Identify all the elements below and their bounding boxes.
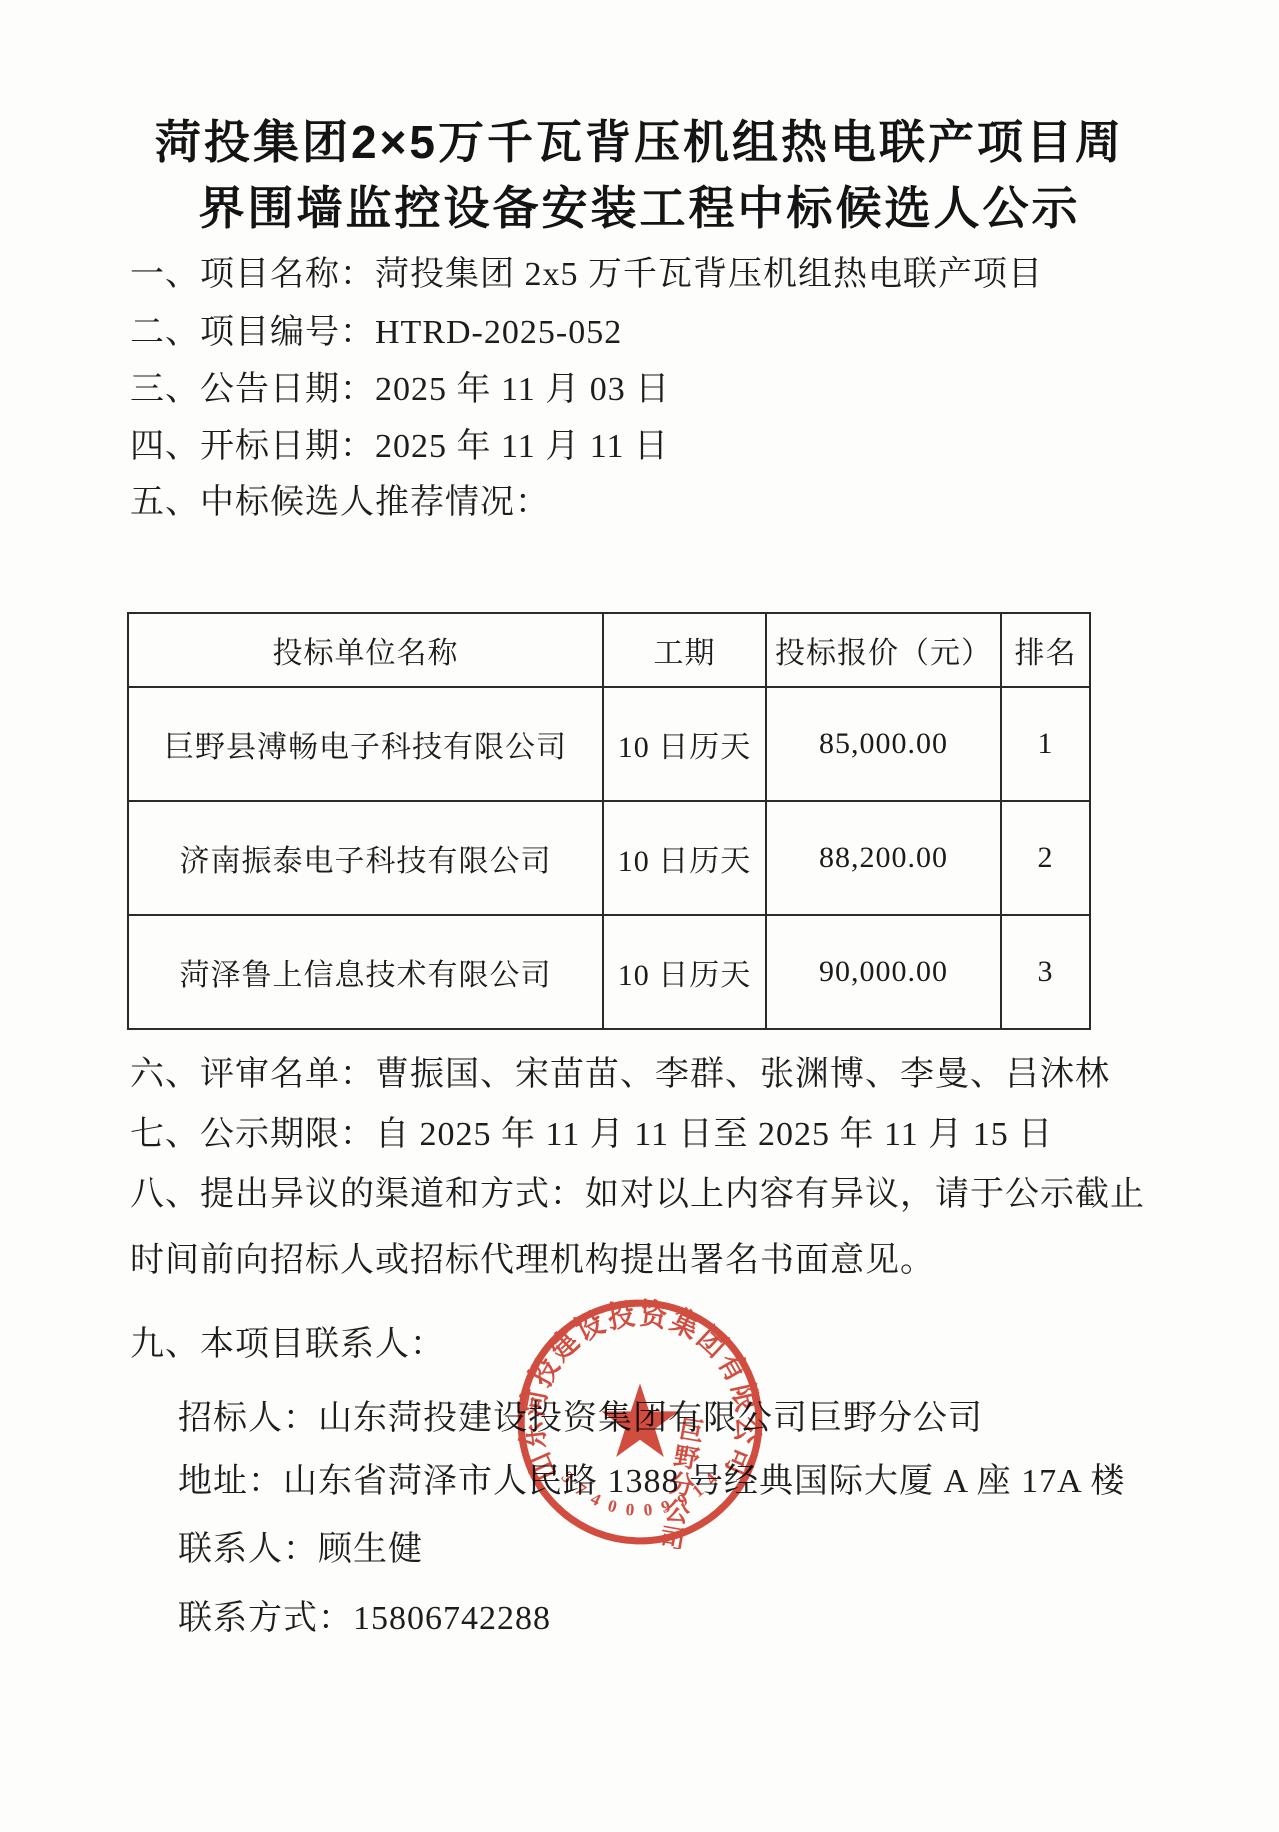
- header-company: 投标单位名称: [128, 613, 603, 687]
- cell-company: 菏泽鲁上信息技术有限公司: [128, 915, 603, 1029]
- page-title-line-2: 界围墙监控设备安装工程中标候选人公示: [0, 172, 1279, 238]
- header-price: 投标报价（元）: [766, 613, 1001, 687]
- contact-person: 联系人：顾生健: [178, 1521, 423, 1570]
- table-row: 济南振泰电子科技有限公司 10 日历天 88,200.00 2: [128, 801, 1090, 915]
- cell-company: 巨野县溥畅电子科技有限公司: [128, 687, 603, 801]
- header-rank: 排名: [1001, 613, 1090, 687]
- cell-price: 85,000.00: [766, 687, 1001, 801]
- item-review-panel: 六、评审名单：曹振国、宋苗苗、李群、张渊博、李曼、吕沐林: [130, 1046, 1110, 1095]
- item-project-name: 一、项目名称：菏投集团 2x5 万千瓦背压机组热电联产项目: [130, 246, 1043, 295]
- header-duration: 工期: [603, 613, 766, 687]
- cell-rank: 1: [1001, 687, 1090, 801]
- item-project-number: 二、项目编号：HTRD-2025-052: [130, 304, 622, 353]
- item-objection-line-2: 时间前向招标人或招标代理机构提出署名书面意见。: [130, 1232, 935, 1281]
- item-bid-open-date: 四、开标日期：2025 年 11 月 11 日: [130, 418, 669, 467]
- cell-rank: 3: [1001, 915, 1090, 1029]
- contact-phone: 联系方式：15806742288: [178, 1590, 551, 1639]
- table-row: 巨野县溥畅电子科技有限公司 10 日历天 85,000.00 1: [128, 687, 1090, 801]
- cell-duration: 10 日历天: [603, 915, 766, 1029]
- candidates-table: 投标单位名称 工期 投标报价（元） 排名 巨野县溥畅电子科技有限公司 10 日历…: [127, 612, 1091, 1030]
- table-header-row: 投标单位名称 工期 投标报价（元） 排名: [128, 613, 1090, 687]
- table-row: 菏泽鲁上信息技术有限公司 10 日历天 90,000.00 3: [128, 915, 1090, 1029]
- cell-duration: 10 日历天: [603, 801, 766, 915]
- item-contacts-heading: 九、本项目联系人：: [130, 1316, 445, 1365]
- page-title-line-1: 菏投集团2×5万千瓦背压机组热电联产项目周: [0, 106, 1279, 172]
- cell-company: 济南振泰电子科技有限公司: [128, 801, 603, 915]
- company-seal-stamp: 山东菏投建设投资集团有限公司 37400099142 巨野分公司: [513, 1295, 767, 1549]
- item-announce-date: 三、公告日期：2025 年 11 月 03 日: [130, 361, 670, 410]
- document-page: 菏投集团2×5万千瓦背压机组热电联产项目周 界围墙监控设备安装工程中标候选人公示…: [0, 0, 1279, 1832]
- cell-price: 90,000.00: [766, 915, 1001, 1029]
- cell-rank: 2: [1001, 801, 1090, 915]
- cell-duration: 10 日历天: [603, 687, 766, 801]
- item-objection-line-1: 八、提出异议的渠道和方式：如对以上内容有异议，请于公示截止: [130, 1166, 1145, 1215]
- item-publicity-period: 七、公示期限：自 2025 年 11 月 11 日至 2025 年 11 月 1…: [130, 1106, 1053, 1155]
- item-candidates-heading: 五、中标候选人推荐情况：: [130, 474, 550, 523]
- star-icon: [601, 1383, 678, 1457]
- cell-price: 88,200.00: [766, 801, 1001, 915]
